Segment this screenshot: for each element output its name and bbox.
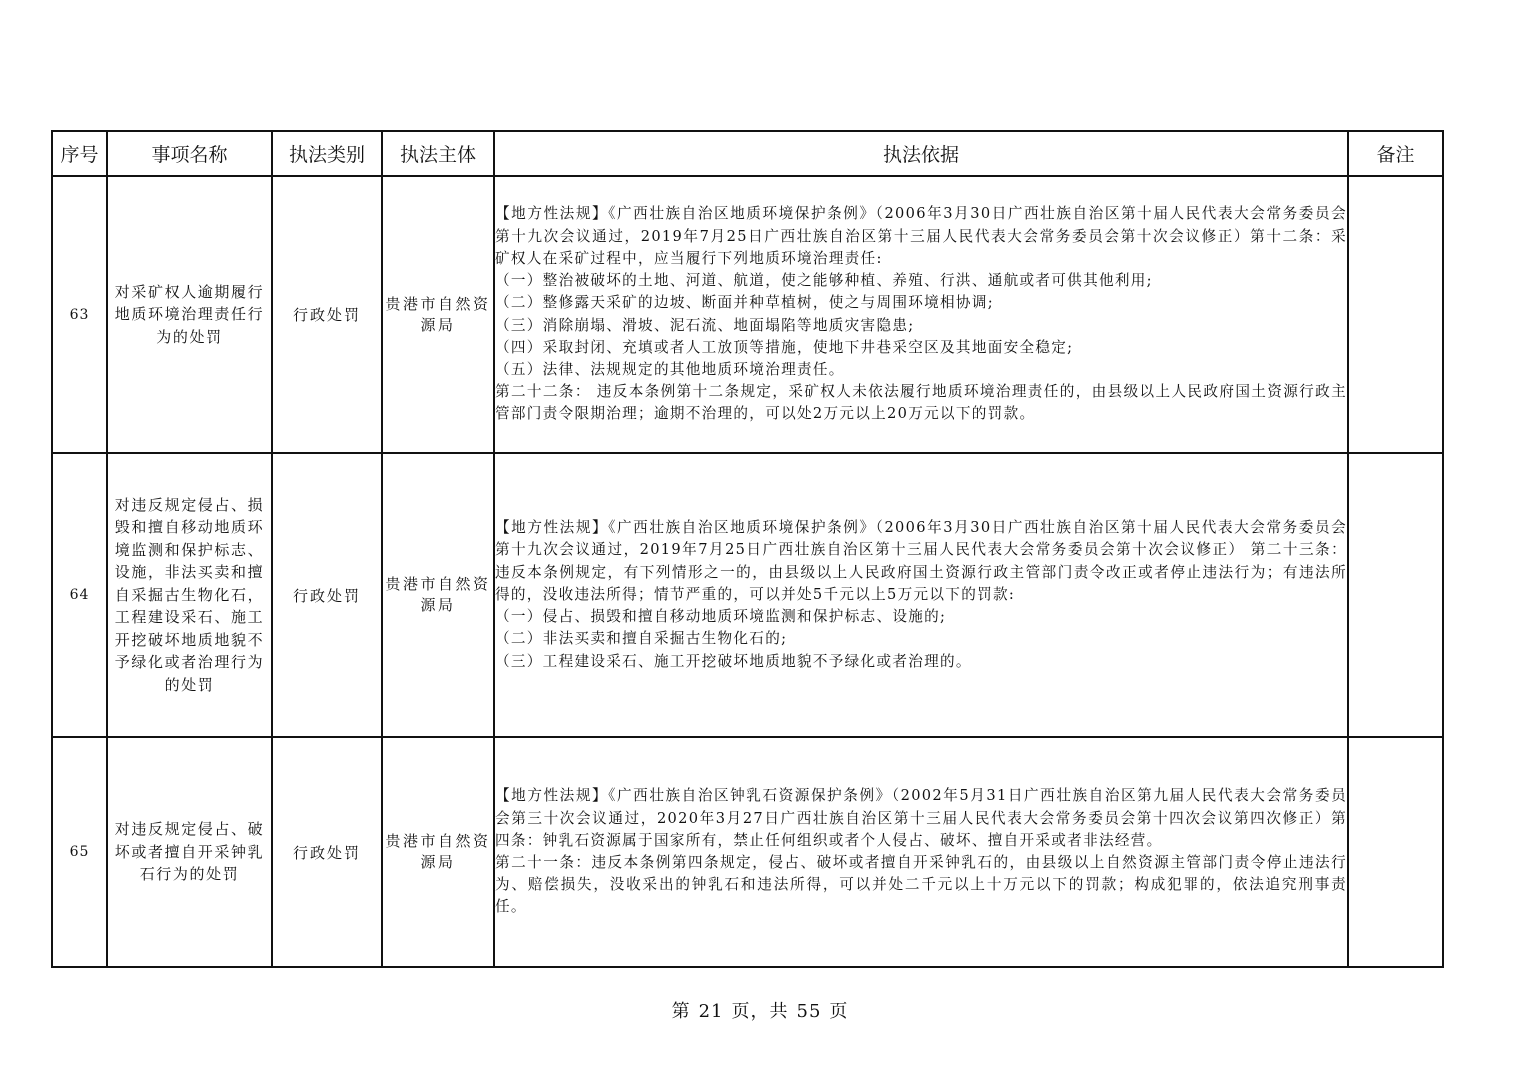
basis-paragraph: （四）采取封闭、充填或者人工放顶等措施，使地下井巷采空区及其地面安全稳定;: [495, 337, 1347, 359]
table-row: 65 对违反规定侵占、破坏或者擅自开采钟乳石行为的处罚 行政处罚 贵港市自然资源…: [52, 737, 1443, 967]
basis-paragraph: （五）法律、法规规定的其他地质环境治理责任。: [495, 359, 1347, 381]
cell-legal-basis: 【地方性法规】《广西壮族自治区地质环境保护条例》（2006年3月30日广西壮族自…: [494, 453, 1348, 737]
cell-remarks: [1348, 176, 1443, 453]
basis-paragraph: （三）工程建设采石、施工开挖破坏地质地貌不予绿化或者治理的。: [495, 651, 1347, 673]
enforcement-items-table: 序号 事项名称 执法类别 执法主体 执法依据 备注 63 对采矿权人逾期履行地质…: [51, 130, 1444, 968]
cell-seq: 64: [52, 453, 107, 737]
page-end-label: 页: [829, 1001, 848, 1022]
cell-item-name: 对违反规定侵占、破坏或者擅自开采钟乳石行为的处罚: [107, 737, 272, 967]
header-seq: 序号: [52, 131, 107, 176]
basis-paragraph: 【地方性法规】《广西壮族自治区钟乳石资源保护条例》（2002年5月31日广西壮族…: [495, 785, 1347, 852]
header-enforcement-body: 执法主体: [382, 131, 494, 176]
header-item-name: 事项名称: [107, 131, 272, 176]
basis-paragraph: （二）整修露天采矿的边坡、断面并种草植树，使之与周围环境相协调;: [495, 292, 1347, 314]
page-separator-label: 页，共: [732, 1001, 789, 1022]
cell-item-name: 对违反规定侵占、损毁和擅自移动地质环境监测和保护标志、设施，非法买卖和擅自采掘古…: [107, 453, 272, 737]
current-page-number: 21: [699, 1001, 724, 1022]
basis-paragraph: 【地方性法规】《广西壮族自治区地质环境保护条例》（2006年3月30日广西壮族自…: [495, 203, 1347, 270]
basis-paragraph: （三）消除崩塌、滑坡、泥石流、地面塌陷等地质灾害隐患;: [495, 315, 1347, 337]
cell-enforcement-type: 行政处罚: [272, 176, 382, 453]
cell-seq: 63: [52, 176, 107, 453]
cell-enforcement-type: 行政处罚: [272, 453, 382, 737]
basis-paragraph: （一）整治被破坏的土地、河道、航道，使之能够种植、养殖、行洪、通航或者可供其他利…: [495, 270, 1347, 292]
cell-remarks: [1348, 737, 1443, 967]
page-label: 第: [672, 1001, 691, 1022]
table-row: 64 对违反规定侵占、损毁和擅自移动地质环境监测和保护标志、设施，非法买卖和擅自…: [52, 453, 1443, 737]
basis-paragraph: 【地方性法规】《广西壮族自治区地质环境保护条例》（2006年3月30日广西壮族自…: [495, 517, 1347, 606]
cell-seq: 65: [52, 737, 107, 967]
page-footer: 第21页，共55页: [0, 997, 1520, 1023]
cell-legal-basis: 【地方性法规】《广西壮族自治区地质环境保护条例》（2006年3月30日广西壮族自…: [494, 176, 1348, 453]
basis-paragraph: 第二十二条： 违反本条例第十二条规定，采矿权人未依法履行地质环境治理责任的，由县…: [495, 381, 1347, 425]
cell-enforcement-type: 行政处罚: [272, 737, 382, 967]
basis-paragraph: （二）非法买卖和擅自采掘古生物化石的;: [495, 628, 1347, 650]
cell-enforcement-body: 贵港市自然资源局: [382, 176, 494, 453]
cell-enforcement-body: 贵港市自然资源局: [382, 737, 494, 967]
table-row: 63 对采矿权人逾期履行地质环境治理责任行为的处罚 行政处罚 贵港市自然资源局 …: [52, 176, 1443, 453]
header-remarks: 备注: [1348, 131, 1443, 176]
header-legal-basis: 执法依据: [494, 131, 1348, 176]
total-pages-number: 55: [797, 1001, 822, 1022]
cell-enforcement-body: 贵港市自然资源局: [382, 453, 494, 737]
cell-legal-basis: 【地方性法规】《广西壮族自治区钟乳石资源保护条例》（2002年5月31日广西壮族…: [494, 737, 1348, 967]
header-enforcement-type: 执法类别: [272, 131, 382, 176]
table-header-row: 序号 事项名称 执法类别 执法主体 执法依据 备注: [52, 131, 1443, 176]
basis-paragraph: （一）侵占、损毁和擅自移动地质环境监测和保护标志、设施的;: [495, 606, 1347, 628]
cell-item-name: 对采矿权人逾期履行地质环境治理责任行为的处罚: [107, 176, 272, 453]
basis-paragraph: 第二十一条：违反本条例第四条规定，侵占、破坏或者擅自开采钟乳石的，由县级以上自然…: [495, 852, 1347, 919]
cell-remarks: [1348, 453, 1443, 737]
